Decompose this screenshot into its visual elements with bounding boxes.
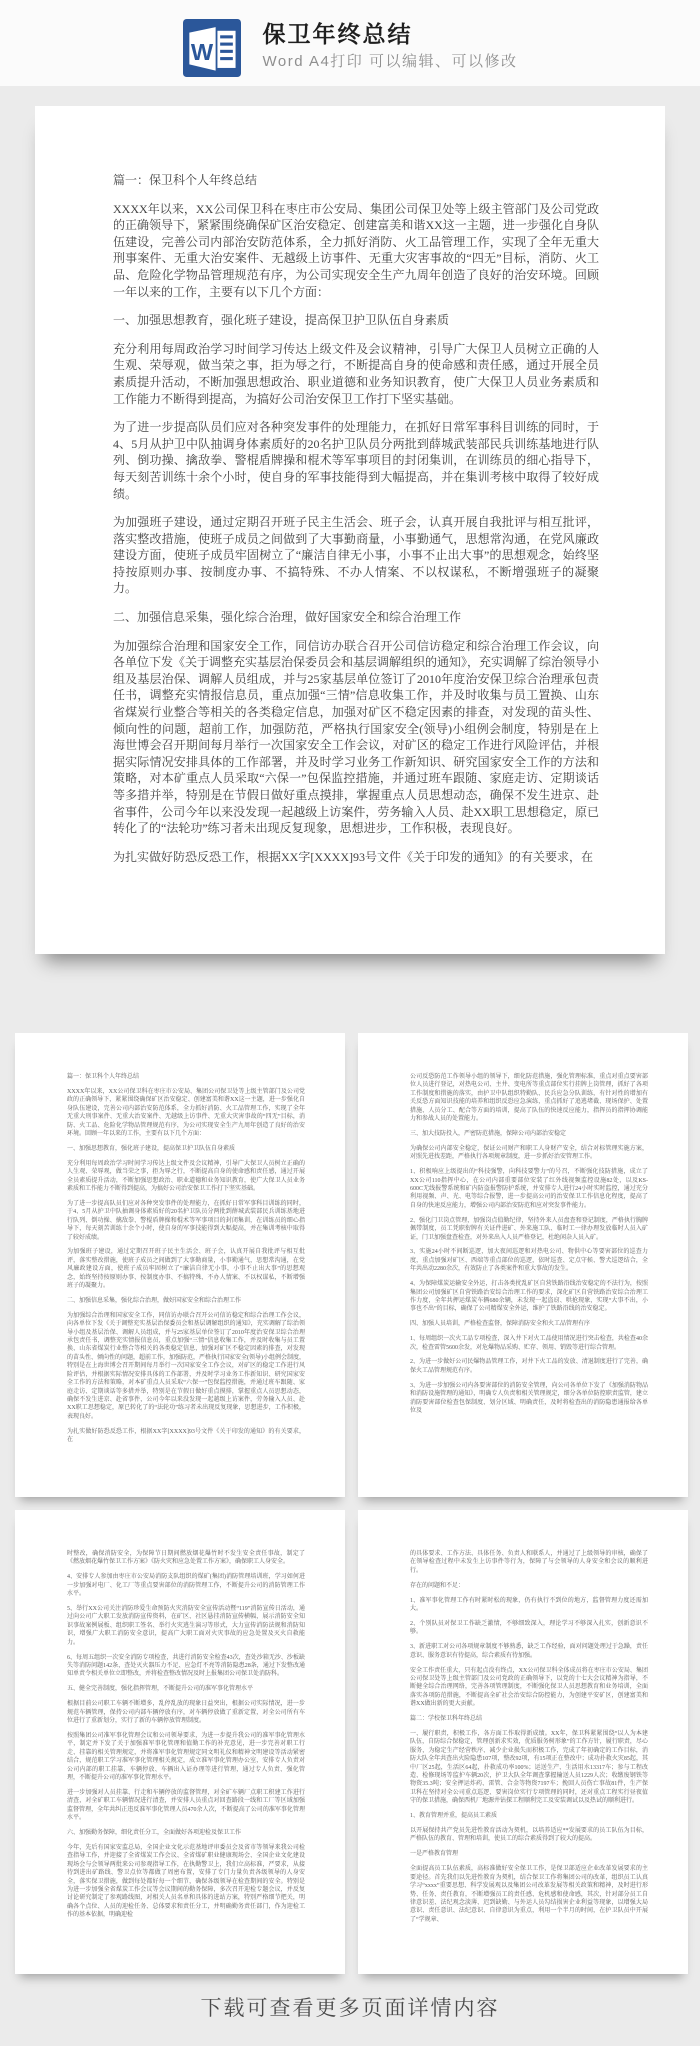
doc-paragraph: 三、加大技防投入，严密防范措施，保障公司内部治安稳定	[410, 1130, 648, 1138]
doc-paragraph: 4、安排专人参加由枣庄市公安局消防支队组织的煤矿(集团)消防管理培训班，学习如何…	[67, 1573, 305, 1598]
doc-paragraph: 为扎实做好防恐反恐工作，根据XX字[XXXX]93号文件《关于印发的通知》的有关…	[67, 1428, 305, 1445]
doc-paragraph: 时整改，确保消防安全，为保障节日期间燃放烟花爆竹时不发生安全责任事故，制定了《燃…	[67, 1550, 305, 1567]
doc-paragraph: 一、加强思想教育，强化班子建设，提高保卫护卫队伍自身素质	[67, 1145, 305, 1153]
doc-paragraph: 为加强班子建设，通过定期召开班子民主生活会、班子会，认真开展自我批评与相互批评，…	[113, 514, 599, 597]
doc-paragraph: 2、个别队员对保卫工作缺乏激情，不够细致深入，理论学习不够深入扎实，创新意识不够…	[410, 1620, 648, 1637]
doc-paragraph: 为加强综合治理和国家安全工作，同信访办联合召开公司信访稳定和综合治理工作会议，向…	[113, 638, 599, 837]
doc-paragraph: 的具体要求、工作方法、具体任务、负责人和联系人，并通过了上级领导的审核，确保了在…	[410, 1550, 648, 1575]
thumbnail-page-4[interactable]: 的具体要求、工作方法、具体任务、负责人和联系人，并通过了上级领导的审核，确保了在…	[358, 1510, 688, 1974]
doc-paragraph: 2、强化门卫岗点管理，加强岗点值勤纪律，坚持外来人员盘查和登记制度，严格执行胸牌…	[410, 1217, 648, 1242]
doc-paragraph: 充分利用每周政治学习时间学习传达上级文件及会议精神，引导广大保卫人员树立正确的人…	[113, 341, 599, 407]
doc-paragraph: 1、积极响应上级提出的“科技强警，向科技要警力”的号召，不断强化技防措施，成立了…	[410, 1168, 648, 1210]
word-file-icon-svg: W	[183, 19, 241, 77]
doc-paragraph: 4、为保障煤炭运输安全外运，打击各类扰乱矿区自营铁路沿线治安稳定的不法行为，按照…	[410, 1280, 648, 1314]
document-format-info: Word A4打印 可以编辑、可以修改	[263, 54, 518, 71]
doc-paragraph: 为了进一步提高队员们应对各种突发事件的处理能力，在抓好日常军事科目训练的同时，于…	[113, 419, 599, 502]
doc-paragraph: 全面提高员工队伍素质，高标准做好安全保卫工作，是保卫部适应企业改革发展要求的主要…	[410, 1865, 648, 1924]
thumbnail-page-1-content: 篇一：保卫科个人年终总结XXXX年以来，XX公司保卫科在枣庄市公安局、集团公司保…	[15, 1033, 345, 1444]
doc-paragraph: XXXX年以来，XX公司保卫科在枣庄市公安局、集团公司保卫处等上级主管部门及公司…	[67, 1088, 305, 1138]
page-background: W 保卫年终总结 Word A4打印 可以编辑、可以修改 篇一：保卫科个人年终总…	[0, 0, 700, 2046]
doc-paragraph: 2、为进一步做好公司民爆物品管理工作，对井下火工品的发放、清退制度进行了完善，确…	[410, 1358, 648, 1375]
download-more-hint: 下载可查看更多页面详情内容	[0, 1992, 700, 2022]
thumbnail-page-1[interactable]: 篇一：保卫科个人年终总结XXXX年以来，XX公司保卫科在枣庄市公安局、集团公司保…	[15, 1033, 345, 1497]
doc-paragraph: 二、加强信息采集，强化综合治理，做好国家安全和综合治理工作	[67, 1297, 305, 1305]
doc-paragraph: 为确保公司内部安全稳定，保证公司财产和职工人身财产安全，结合对标管理实施方案，对…	[410, 1145, 648, 1162]
preview-page-large[interactable]: 篇一：保卫科个人年终总结XXXX年以来，XX公司保卫科在枣庄市公安局、集团公司保…	[35, 106, 665, 954]
doc-paragraph: 公司反恐防范工作领导小组的领导下，细化防范措施，强化管理标准，重点对重点要害部位…	[410, 1073, 648, 1123]
word-icon-letter: W	[190, 39, 213, 65]
doc-paragraph: 篇一：保卫科个人年终总结	[113, 172, 599, 189]
doc-paragraph: 一、加强思想教育，强化班子建设，提高保卫护卫队伍自身素质	[113, 312, 599, 329]
doc-paragraph: 篇一：保卫科个人年终总结	[67, 1073, 305, 1081]
doc-paragraph: 二、加强信息采集，强化综合治理，做好国家安全和综合治理工作	[113, 609, 599, 626]
doc-paragraph: 进一步加强对人员挂靠、行走和车辆停放的监督管理，对全矿车辆厂点职工积建工作进行清…	[67, 1789, 305, 1823]
doc-paragraph: 6、每周五组织一次安全消防专项检查，共进行消防安全检查43次，查处沙箱无沙、沙板…	[67, 1654, 305, 1679]
doc-paragraph: 3、新进职工对公司各项规章制度不够熟悉，缺乏工作经验，面对问题处理过于急躁，责任…	[410, 1643, 648, 1660]
doc-paragraph: 为加强班子建设，通过定期召开班子民主生活会、班子会，认真开展自我批评与相互批评，…	[67, 1248, 305, 1290]
doc-paragraph: 为加强综合治理和国家安全工作，同信访办联合召开公司信访稳定和综合治理工作会议，向…	[67, 1312, 305, 1421]
doc-paragraph: 为扎实做好防恐反恐工作，根据XX字[XXXX]93号文件《关于印发的通知》的有关…	[113, 849, 599, 866]
doc-paragraph: 3、实施24小时不间断巡逻，加大夜间巡逻和对热电公司、物供中心等要害部位的巡查力…	[410, 1248, 648, 1273]
thumbnail-page-3[interactable]: 时整改，确保消防安全，为保障节日期间燃放烟花爆竹时不发生安全责任事故，制定了《燃…	[15, 1510, 345, 1974]
doc-paragraph: 一是严格教育管理	[410, 1850, 648, 1858]
document-header: W 保卫年终总结 Word A4打印 可以编辑、可以修改	[0, 0, 700, 86]
doc-paragraph: 一、履行职责，积极工作，各方面工作取得新成绩。XX年，保卫科紧紧围绕“以人为本建…	[410, 1730, 648, 1806]
doc-paragraph: XXXX年以来，XX公司保卫科在枣庄市公安局、集团公司保卫处等上级主管部门及公司…	[113, 201, 599, 301]
doc-paragraph: 今年，先后有国家安监总局，全国企业文化示范基地评审委员会及省市等领导来我公司检查…	[67, 1844, 305, 1920]
doc-paragraph: 按照集团公司准军事化管理会议和公司领导要求，为进一步提升我公司的准军事化管理水平…	[67, 1732, 305, 1782]
doc-paragraph: 根据目前公司职工车辆不断增多，乱停乱放的现象日益突出，根据公司实际情况，进一步规…	[67, 1700, 305, 1725]
doc-paragraph: 为了进一步提高队员们应对各种突发事件的处理能力，在抓好日常军事科目训练的同时，于…	[67, 1200, 305, 1242]
doc-paragraph: 安全工作责任重大，只有起点没有终点，XX公司保卫科全体成员将在枣庄市公安局、集团…	[410, 1667, 648, 1709]
word-file-icon: W	[183, 19, 241, 77]
doc-paragraph: 以开展保持共产党员先进性教育活动为契机，以培养适应**发展要求的员工队伍为目标，…	[410, 1827, 648, 1844]
page-1-content: 篇一：保卫科个人年终总结XXXX年以来，XX公司保卫科在枣庄市公安局、集团公司保…	[35, 106, 665, 865]
thumbnail-page-3-content: 时整改，确保消防安全，为保障节日期间燃放烟花爆竹时不发生安全责任事故，制定了《燃…	[15, 1510, 345, 1920]
doc-paragraph: 1、每周组织一次火工品专项检查，深入井下对火工品使用情况进行突击检查，共检查40…	[410, 1335, 648, 1352]
header-text-block: 保卫年终总结 Word A4打印 可以编辑、可以修改	[263, 22, 518, 71]
doc-paragraph: 篇二：学校保卫科年终总结	[410, 1715, 648, 1723]
doc-paragraph: 充分利用每周政治学习时间学习传达上级文件及会议精神，引导广大保卫人员树立正确的人…	[67, 1160, 305, 1194]
thumbnail-page-2[interactable]: 公司反恐防范工作领导小组的领导下，细化防范措施，强化管理标准，重点对重点要害部位…	[358, 1033, 688, 1497]
thumbnail-page-2-content: 公司反恐防范工作领导小组的领导下，细化防范措施，强化管理标准，重点对重点要害部位…	[358, 1033, 688, 1415]
doc-paragraph: 六、加强勤务保障，细化责任分工，全面做好各项迎检及保卫工作	[67, 1829, 305, 1837]
doc-paragraph: 四、加强人员培训，严格检查监督，保障消防安全和火工品管理有序	[410, 1320, 648, 1328]
doc-paragraph: 1、准军事化管理工作有时紧时松的现象，仍有执行不到位的地方，监督管理力度还需加大…	[410, 1597, 648, 1614]
doc-paragraph: 3、为进一步加强公司内各要害部位的消防安全管理，向公司各单位下发了《加强消防物品…	[410, 1382, 648, 1416]
thumbnail-page-4-content: 的具体要求、工作方法、具体任务、负责人和联系人，并通过了上级领导的审核，确保了在…	[358, 1510, 688, 1924]
document-title: 保卫年终总结	[263, 22, 518, 47]
doc-paragraph: 五、健全完善制度，强化指挥管理，不断提升公司的准军事化管理水平	[67, 1685, 305, 1693]
doc-paragraph: 5、举行XX公司关注消防珍爱生命预防火灾消防安全宣传活动暨“119”消防宣传日活…	[67, 1605, 305, 1647]
doc-paragraph: 存在的问题和不足：	[410, 1582, 648, 1590]
doc-paragraph: 1、教育管理并重，提高员工素质	[410, 1812, 648, 1820]
